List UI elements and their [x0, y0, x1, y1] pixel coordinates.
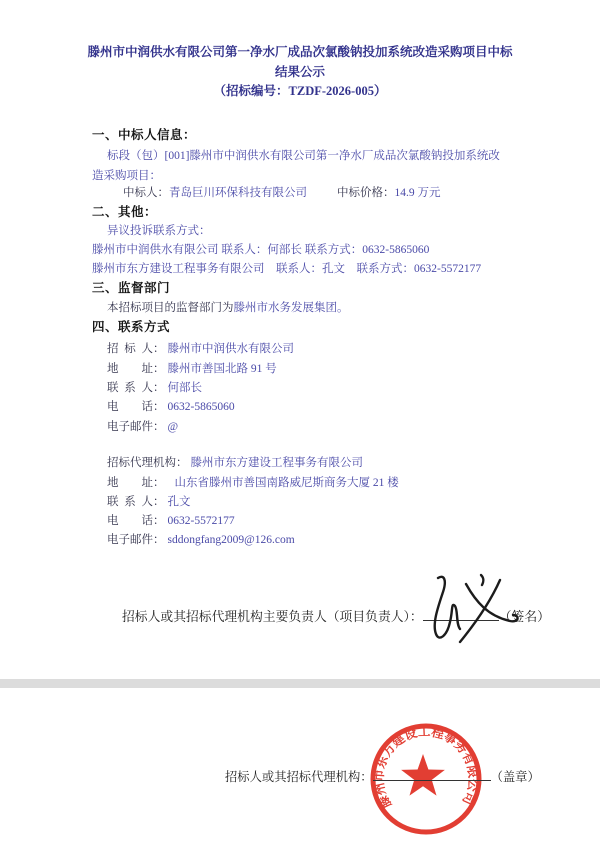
- document-title-line1: 滕州市中润供水有限公司第一净水厂成品次氯酸钠投加系统改造采购项目中标: [0, 45, 600, 60]
- field-colon: ：: [153, 421, 165, 433]
- agency-phone-row: 电话：0632-5572177: [107, 514, 235, 529]
- field-value: 0632-5572177: [168, 515, 235, 527]
- field-colon: ：: [153, 496, 165, 508]
- stamp-line: 招标人或其招标代理机构：（盖章）: [225, 767, 540, 785]
- field-colon: ：: [153, 477, 165, 489]
- tenderer-email-row: 电子邮件：@: [107, 420, 178, 435]
- winner-and-price-line: 中标人：青岛巨川环保科技有限公司中标价格：14.9 万元: [123, 186, 441, 201]
- field-label: 电子邮件: [107, 533, 153, 548]
- supervision-prefix: 本招标项目的监督部门为: [107, 302, 234, 314]
- section-heading-supervision: 三、监督部门: [92, 281, 170, 296]
- field-colon: ：: [153, 401, 165, 413]
- section-heading-other: 二、其他：: [92, 205, 157, 220]
- document-page-2: 招标人或其招标代理机构：（盖章） 滕州市东方建设工程事务有限公司: [0, 688, 600, 853]
- document-title-line2: 结果公示: [0, 65, 600, 80]
- winner-label: 中标人：: [123, 187, 169, 199]
- stamp-blank: [373, 767, 491, 781]
- objection-contact-title: 异议投诉联系方式：: [107, 224, 211, 239]
- section-heading-winner-info: 一、中标人信息：: [92, 128, 196, 143]
- field-label: 联系人: [107, 495, 153, 510]
- section-heading-contacts: 四、联系方式: [92, 320, 170, 335]
- field-value: 0632-5865060: [168, 401, 235, 413]
- signature-label: 招标人或其招标代理机构主要负责人（项目负责人）：: [122, 610, 423, 624]
- agency-address-row: 地址：山东省滕州市善国南路威尼斯商务大厦 21 楼: [107, 476, 399, 491]
- document-page-1: 滕州市中润供水有限公司第一净水厂成品次氯酸钠投加系统改造采购项目中标 结果公示 …: [0, 0, 600, 679]
- price-value: 14.9 万元: [395, 187, 441, 199]
- stamp-suffix: （盖章）: [491, 770, 540, 784]
- field-label: 地址: [107, 476, 153, 491]
- field-colon: ：: [153, 363, 165, 375]
- handwritten-signature: [426, 572, 526, 650]
- field-colon: ：: [153, 382, 165, 394]
- field-value: 孔文: [168, 496, 191, 508]
- tenderer-phone-row: 电话：0632-5865060: [107, 400, 235, 415]
- tenderer-name-row: 招标人：滕州市中润供水有限公司: [107, 342, 294, 357]
- field-value: 滕州市善国北路 91 号: [168, 363, 277, 375]
- winner-name: 青岛巨川环保科技有限公司: [169, 187, 307, 199]
- page-separator: [0, 679, 600, 688]
- price-label: 中标价格：: [337, 187, 395, 199]
- field-label: 招标代理机构: [107, 456, 176, 471]
- stamp-label: 招标人或其招标代理机构：: [225, 770, 373, 784]
- tenderer-contact-person-row: 联系人：何部长: [107, 381, 202, 396]
- field-colon: ：: [153, 343, 165, 355]
- field-value: sddongfang2009@126.com: [168, 534, 295, 546]
- field-value: 何部长: [168, 382, 203, 394]
- supervision-department: 滕州市水务发展集团。: [234, 302, 349, 314]
- field-value: @: [168, 421, 179, 433]
- package-paragraph: 标段（包）[001]滕州市中润供水有限公司第一净水厂成品次氯酸钠投加系统改造采购…: [92, 147, 508, 186]
- field-colon: ：: [153, 534, 165, 546]
- field-label: 联系人: [107, 381, 153, 396]
- objection-contact-line1: 滕州市中润供水有限公司 联系人：何部长 联系方式：0632-5865060: [92, 243, 429, 258]
- field-label: 招标人: [107, 342, 153, 357]
- field-label: 电话: [107, 400, 153, 415]
- tenderer-address-row: 地址：滕州市善国北路 91 号: [107, 362, 277, 377]
- field-colon: ：: [153, 515, 165, 527]
- field-label: 电话: [107, 514, 153, 529]
- field-value: 滕州市中润供水有限公司: [168, 343, 295, 355]
- agency-email-row: 电子邮件：sddongfang2009@126.com: [107, 533, 295, 548]
- field-colon: ：: [176, 457, 188, 469]
- tender-reference-number: （招标编号：TZDF-2026-005）: [0, 84, 600, 99]
- supervision-text: 本招标项目的监督部门为滕州市水务发展集团。: [107, 301, 349, 316]
- field-value: 山东省滕州市善国南路威尼斯商务大厦 21 楼: [175, 477, 399, 489]
- field-label: 地址: [107, 362, 153, 377]
- agency-contact-person-row: 联系人：孔文: [107, 495, 191, 510]
- field-value: 滕州市东方建设工程事务有限公司: [191, 457, 364, 469]
- field-label: 电子邮件: [107, 420, 153, 435]
- objection-contact-line2: 滕州市东方建设工程事务有限公司 联系人：孔文 联系方式：0632-5572177: [92, 262, 481, 277]
- agency-name-row: 招标代理机构：滕州市东方建设工程事务有限公司: [107, 456, 363, 471]
